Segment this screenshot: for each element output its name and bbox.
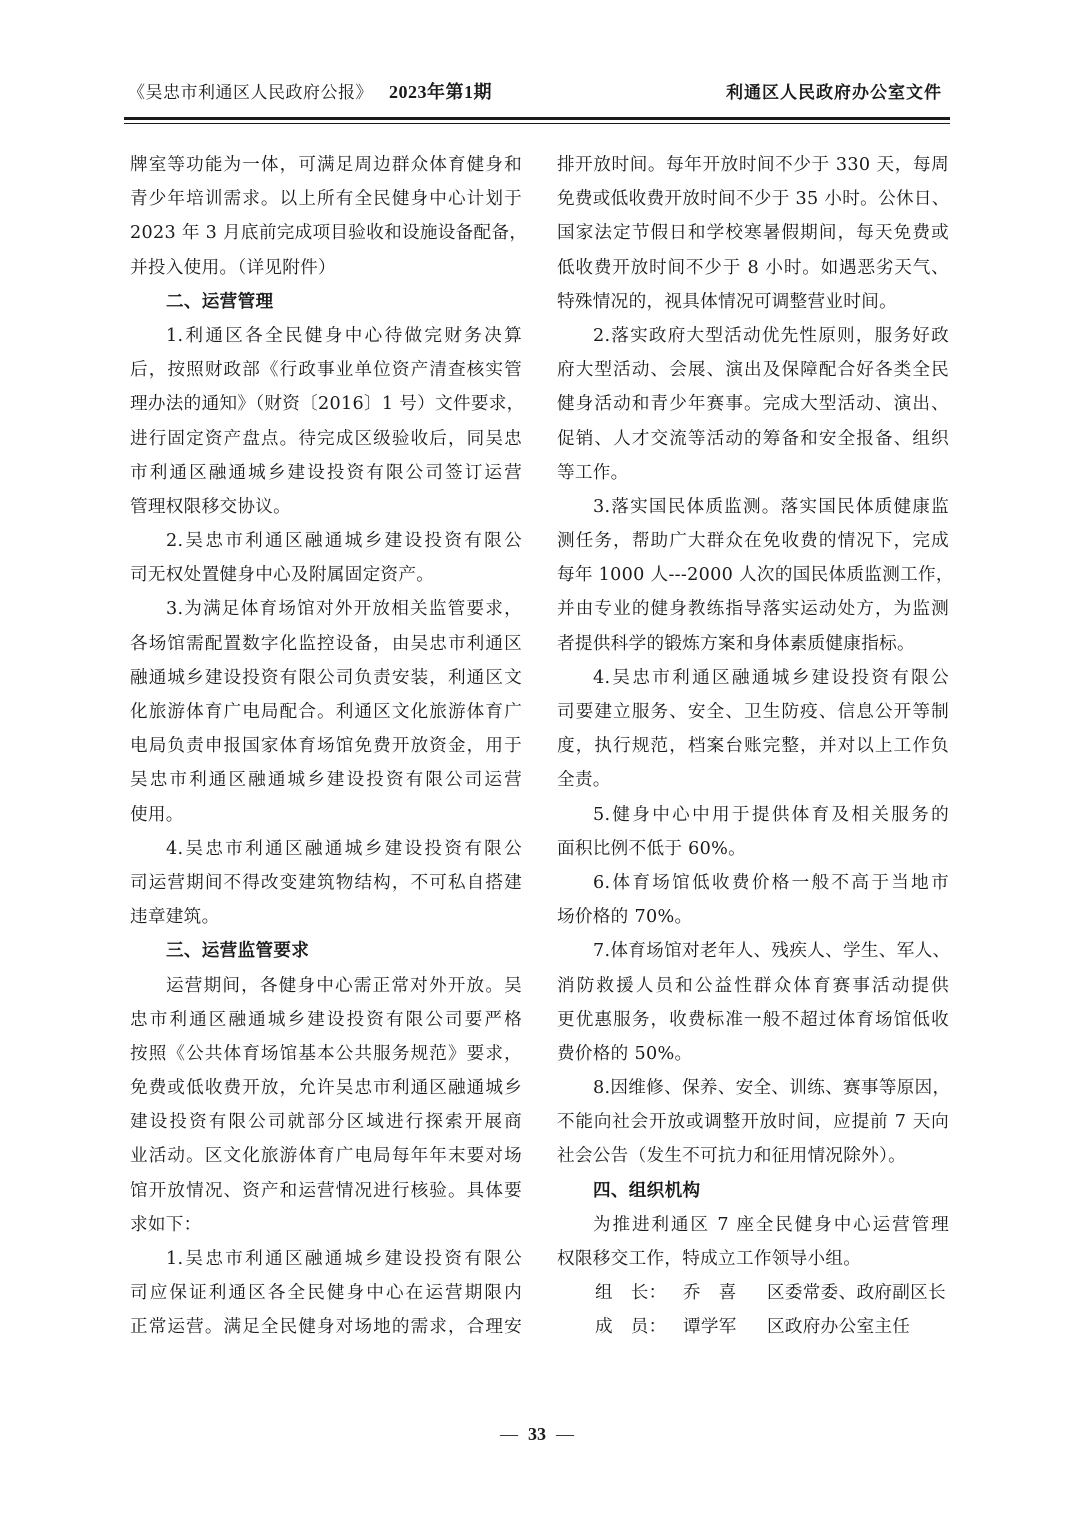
text-line: 府大型活动、会展、演出及保障配合好各类全民	[557, 353, 949, 387]
text-line: 馆开放情况、资产和运营情况进行核验。具体要	[130, 1174, 522, 1208]
left-column: 牌室等功能为一体，可满足周边群众体育健身和青少年培训需求。以上所有全民健身中心计…	[130, 148, 522, 1345]
text-line: 1.利通区各全民健身中心待做完财务决算	[130, 319, 522, 353]
text-line: 7.体育场馆对老年人、残疾人、学生、军人、	[557, 934, 949, 968]
section-heading: 二、运营管理	[130, 285, 522, 319]
text-line: 并投入使用。（详见附件）	[130, 251, 522, 285]
text-line: 免费或低收费开放时间不少于 35 小时。公休日、	[557, 182, 949, 216]
text-line: 2023 年 3 月底前完成项目验收和设施设备配备，	[130, 216, 522, 250]
text-line: 低收费开放时间不少于 8 小时。如遇恶劣天气、	[557, 251, 949, 285]
text-line: 每年 1000 人---2000 人次的国民体质监测工作，	[557, 558, 949, 592]
publication-title: 《吴忠市利通区人民政府公报》	[128, 83, 373, 103]
text-line: 司应保证利通区各全民健身中心在运营期限内	[130, 1276, 522, 1310]
header-rule-thin	[124, 123, 950, 124]
text-line: 全责。	[557, 763, 949, 797]
section-title: 利通区人民政府办公室文件	[726, 78, 942, 103]
text-line: 按照《公共体育场馆基本公共服务规范》要求，	[130, 1037, 522, 1071]
text-line: 更优惠服务，收费标准一般不超过体育场馆低收	[557, 1003, 949, 1037]
text-line: 运营期间，各健身中心需正常对外开放。吴	[130, 969, 522, 1003]
text-line: 面积比例不低于 60%。	[557, 832, 949, 866]
text-line: 使用。	[130, 798, 522, 832]
text-line: 牌室等功能为一体，可满足周边群众体育健身和	[130, 148, 522, 182]
member-row: 成 员：谭学军区政府办公室主任	[557, 1310, 949, 1344]
member-name: 乔 喜	[683, 1276, 767, 1310]
footer-dash-right: —	[556, 1424, 574, 1444]
text-line: 排开放时间。每年开放时间不少于 330 天，每周	[557, 148, 949, 182]
member-name: 谭学军	[683, 1310, 767, 1344]
text-line: 4.吴忠市利通区融通城乡建设投资有限公	[557, 661, 949, 695]
text-line: 建设投资有限公司就部分区域进行探索开展商	[130, 1105, 522, 1139]
header-rule-thick	[124, 117, 950, 120]
text-line: 并由专业的健身教练指导落实运动处方，为监测	[557, 592, 949, 626]
member-role: 成 员：	[595, 1310, 683, 1344]
text-line: 正常运营。满足全民健身对场地的需求，合理安	[130, 1310, 522, 1344]
page-number: 33	[528, 1424, 546, 1444]
text-line: 6.体育场馆低收费价格一般不高于当地市	[557, 866, 949, 900]
text-line: 吴忠市利通区融通城乡建设投资有限公司运营	[130, 763, 522, 797]
running-header: 《吴忠市利通区人民政府公报》2023年第1期 利通区人民政府办公室文件	[128, 78, 942, 106]
text-line: 进行固定资产盘点。待完成区级验收后，同吴忠	[130, 422, 522, 456]
text-line: 青少年培训需求。以上所有全民健身中心计划于	[130, 182, 522, 216]
text-line: 电局负责申报国家体育场馆免费开放资金，用于	[130, 729, 522, 763]
text-line: 各场馆需配置数字化监控设备，由吴忠市利通区	[130, 627, 522, 661]
text-line: 消防救援人员和公益性群众体育赛事活动提供	[557, 969, 949, 1003]
text-line: 4.吴忠市利通区融通城乡建设投资有限公	[130, 832, 522, 866]
text-line: 者提供科学的锻炼方案和身体素质健康指标。	[557, 627, 949, 661]
right-column: 排开放时间。每年开放时间不少于 330 天，每周免费或低收费开放时间不少于 35…	[557, 148, 949, 1345]
section-heading: 三、运营监管要求	[130, 934, 522, 968]
text-line: 理办法的通知》（财资〔2016〕1 号）文件要求，	[130, 387, 522, 421]
text-line: 司无权处置健身中心及附属固定资产。	[130, 558, 522, 592]
member-title: 区委常委、政府副区长	[767, 1276, 946, 1310]
text-line: 5.健身中心中用于提供体育及相关服务的	[557, 798, 949, 832]
text-line: 不能向社会开放或调整开放时间，应提前 7 天向	[557, 1105, 949, 1139]
text-line: 求如下：	[130, 1208, 522, 1242]
text-line: 测任务，帮助广大群众在免收费的情况下，完成	[557, 524, 949, 558]
text-line: 健身活动和青少年赛事。完成大型活动、演出、	[557, 387, 949, 421]
text-line: 2.落实政府大型活动优先性原则，服务好政	[557, 319, 949, 353]
text-line: 3.为满足体育场馆对外开放相关监管要求，	[130, 592, 522, 626]
member-title: 区政府办公室主任	[767, 1310, 910, 1344]
text-line: 业活动。区文化旅游体育广电局每年年末要对场	[130, 1139, 522, 1173]
issue-number: 2023年第1期	[389, 82, 492, 102]
text-line: 后，按照财政部《行政事业单位资产清查核实管	[130, 353, 522, 387]
text-line: 3.落实国民体质监测。落实国民体质健康监	[557, 490, 949, 524]
text-line: 免费或低收费开放，允许吴忠市利通区融通城乡	[130, 1071, 522, 1105]
page-footer: —33—	[0, 1424, 1074, 1445]
text-line: 特殊情况的，视具体情况可调整营业时间。	[557, 285, 949, 319]
text-line: 忠市利通区融通城乡建设投资有限公司要严格	[130, 1003, 522, 1037]
text-line: 融通城乡建设投资有限公司负责安装，利通区文	[130, 661, 522, 695]
member-role: 组 长：	[595, 1276, 683, 1310]
footer-dash-left: —	[500, 1424, 518, 1444]
text-line: 度，执行规范，档案台账完整，并对以上工作负	[557, 729, 949, 763]
text-line: 市利通区融通城乡建设投资有限公司签订运营	[130, 456, 522, 490]
member-row: 组 长：乔 喜区委常委、政府副区长	[557, 1276, 949, 1310]
text-line: 违章建筑。	[130, 900, 522, 934]
text-line: 等工作。	[557, 456, 949, 490]
text-line: 8.因维修、保养、安全、训练、赛事等原因，	[557, 1071, 949, 1105]
section-heading: 四、组织机构	[557, 1174, 949, 1208]
text-line: 司运营期间不得改变建筑物结构，不可私自搭建	[130, 866, 522, 900]
text-line: 2.吴忠市利通区融通城乡建设投资有限公	[130, 524, 522, 558]
text-line: 权限移交工作，特成立工作领导小组。	[557, 1242, 949, 1276]
text-line: 费价格的 50%。	[557, 1037, 949, 1071]
text-line: 管理权限移交协议。	[130, 490, 522, 524]
text-line: 社会公告（发生不可抗力和征用情况除外）。	[557, 1139, 949, 1173]
text-line: 促销、人才交流等活动的筹备和安全报备、组织	[557, 422, 949, 456]
publication-info: 《吴忠市利通区人民政府公报》2023年第1期	[128, 78, 492, 104]
text-line: 为推进利通区 7 座全民健身中心运营管理	[557, 1208, 949, 1242]
text-line: 司要建立服务、安全、卫生防疫、信息公开等制	[557, 695, 949, 729]
text-line: 场价格的 70%。	[557, 900, 949, 934]
text-line: 1.吴忠市利通区融通城乡建设投资有限公	[130, 1242, 522, 1276]
text-line: 化旅游体育广电局配合。利通区文化旅游体育广	[130, 695, 522, 729]
text-line: 国家法定节假日和学校寒暑假期间，每天免费或	[557, 216, 949, 250]
